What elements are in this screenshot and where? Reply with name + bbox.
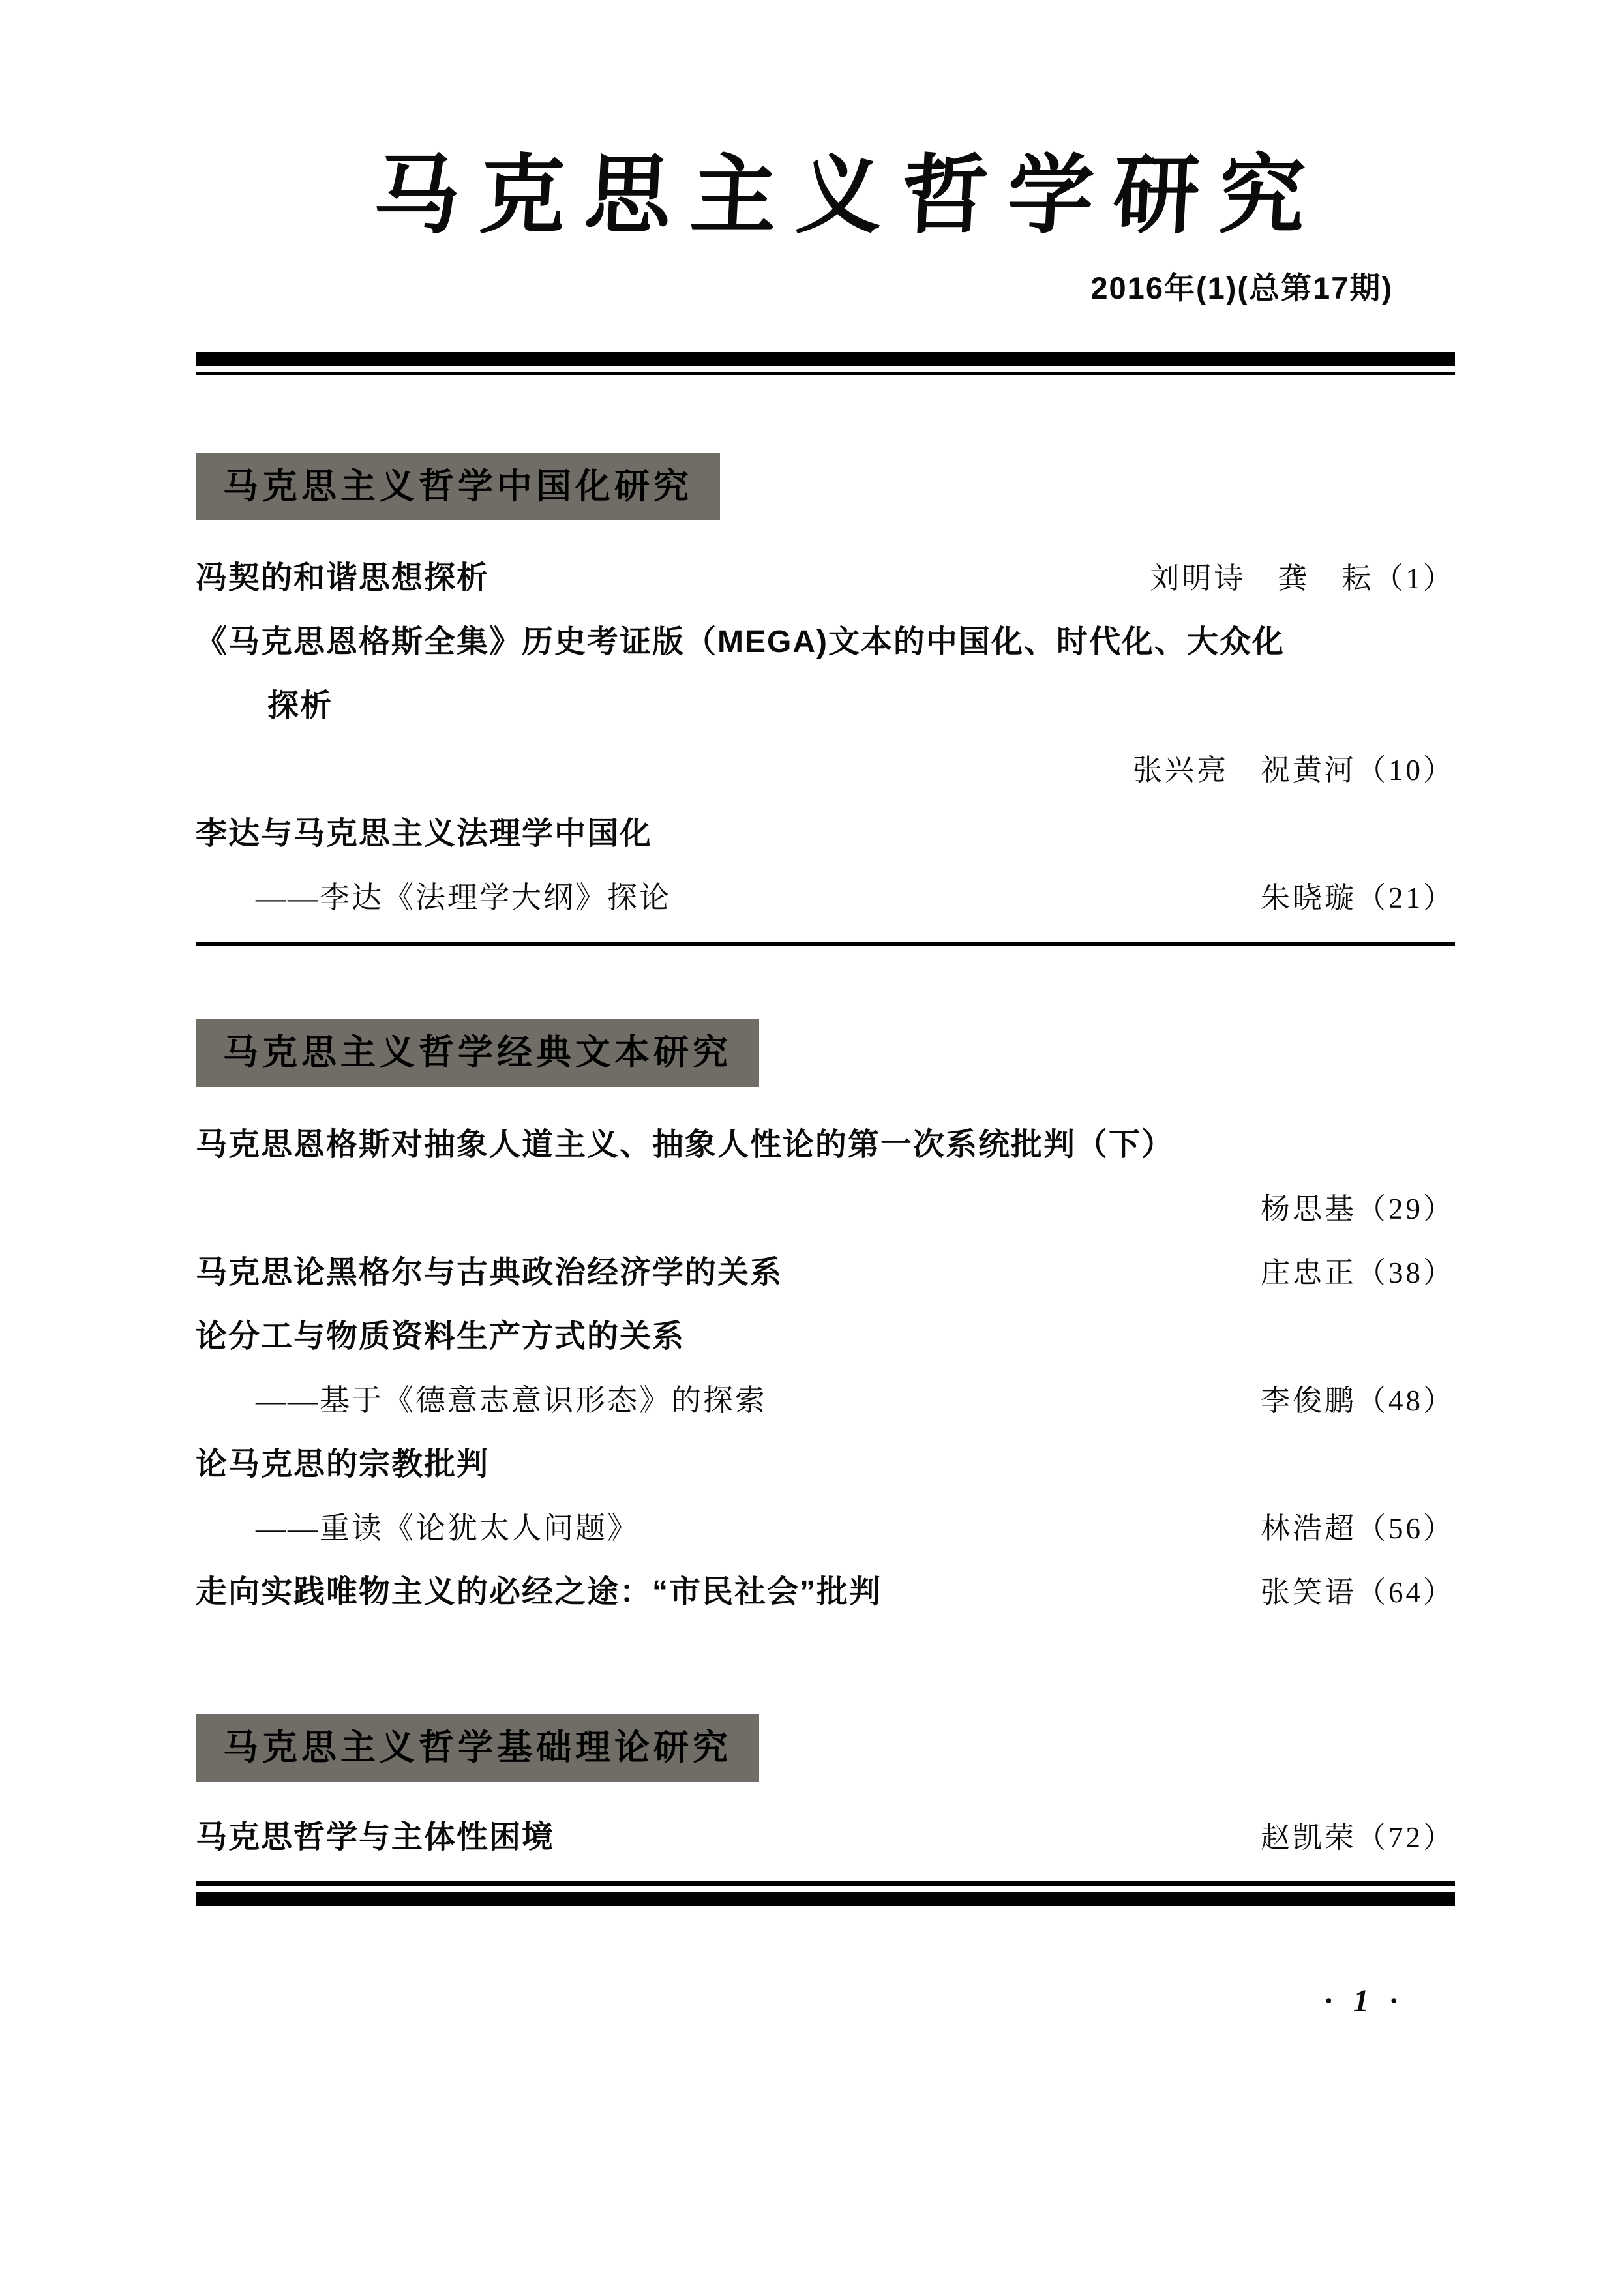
bottom-double-rule [196, 1881, 1455, 1906]
article-subtitle: ——重读《论犹太人问题》 [196, 1508, 639, 1549]
journal-toc-page: 马克思主义哲学研究 2016年(1)(总第17期) 马克思主义哲学中国化研究 冯… [0, 0, 1618, 2296]
toc-row: 走向实践唯物主义的必经之途：“市民社会”批判 张笑语（64） [196, 1572, 1455, 1613]
section-header: 马克思主义哲学经典文本研究 [196, 1019, 759, 1086]
article-authors-page: 庄忠正（38） [1235, 1253, 1455, 1293]
article-authors-page: 林浩超（56） [1235, 1508, 1455, 1549]
masthead: 马克思主义哲学研究 2016年(1)(总第17期) [196, 147, 1455, 308]
toc-row: 探析 [196, 686, 1455, 726]
toc-section-basic-theory: 马克思主义哲学基础理论研究 马克思哲学与主体性困境 赵凯荣（72） [196, 1636, 1455, 1858]
section-header: 马克思主义哲学中国化研究 [196, 453, 720, 520]
toc-row: 杨思基（29） [196, 1189, 1455, 1229]
article-authors-page: 刘明诗 龚 耘（1） [1124, 558, 1455, 599]
article-title: 马克思论黑格尔与古典政治经济学的关系 [196, 1253, 783, 1293]
article-subtitle: ——李达《法理学大纲》探论 [196, 878, 671, 918]
toc-row: 冯契的和谐思想探析 刘明诗 龚 耘（1） [196, 558, 1455, 599]
section-divider-rule [196, 942, 1455, 946]
toc-row: 马克思论黑格尔与古典政治经济学的关系 庄忠正（38） [196, 1253, 1455, 1293]
section-header: 马克思主义哲学基础理论研究 [196, 1714, 759, 1782]
toc-row: 张兴亮 祝黄河（10） [196, 750, 1455, 790]
section-rows: 马克思哲学与主体性困境 赵凯荣（72） [196, 1817, 1455, 1858]
article-title: 冯契的和谐思想探析 [196, 558, 489, 599]
toc-row: 李达与马克思主义法理学中国化 [196, 814, 1455, 854]
article-authors-page: 张兴亮 祝黄河（10） [1107, 750, 1455, 790]
toc-section-sinicization: 马克思主义哲学中国化研究 冯契的和谐思想探析 刘明诗 龚 耘（1） 《马克思恩格… [196, 375, 1455, 918]
journal-title: 马克思主义哲学研究 [193, 147, 1458, 246]
toc-row: 《马克思恩格斯全集》历史考证版（MEGA)文本的中国化、时代化、大众化 [196, 622, 1455, 663]
article-authors-page: 李俊鹏（48） [1235, 1380, 1455, 1421]
article-authors-page: 杨思基（29） [1235, 1189, 1455, 1229]
toc-row: ——重读《论犹太人问题》 林浩超（56） [196, 1508, 1455, 1549]
section-rows: 马克思恩格斯对抽象人道主义、抽象人性论的第一次系统批判（下） 杨思基（29） 马… [196, 1125, 1455, 1613]
toc-row: ——李达《法理学大纲》探论 朱晓璇（21） [196, 878, 1455, 918]
page-number: · 1 · [196, 1983, 1455, 2019]
article-authors-page: 张笑语（64） [1235, 1572, 1455, 1613]
article-title: 论马克思的宗教批判 [196, 1444, 489, 1485]
rule-thick-line [196, 1892, 1455, 1906]
journal-issue: 2016年(1)(总第17期) [196, 264, 1455, 308]
toc-row: 马克思恩格斯对抽象人道主义、抽象人性论的第一次系统批判（下） [196, 1125, 1455, 1165]
article-authors-page: 朱晓璇（21） [1235, 878, 1455, 918]
article-authors-page: 赵凯荣（72） [1235, 1817, 1455, 1858]
article-title: 走向实践唯物主义的必经之途：“市民社会”批判 [196, 1572, 882, 1613]
rule-thin-line [196, 1881, 1455, 1886]
article-title: 《马克思恩格斯全集》历史考证版（MEGA)文本的中国化、时代化、大众化 [196, 622, 1285, 663]
toc-row: ——基于《德意志意识形态》的探索 李俊鹏（48） [196, 1380, 1455, 1421]
article-title-continuation: 探析 [196, 686, 333, 726]
toc-row: 马克思哲学与主体性困境 赵凯荣（72） [196, 1817, 1455, 1858]
article-title: 马克思哲学与主体性困境 [196, 1817, 554, 1858]
article-title: 马克思恩格斯对抽象人道主义、抽象人性论的第一次系统批判（下） [196, 1125, 1174, 1165]
top-double-rule [196, 352, 1455, 375]
rule-thick-line [196, 352, 1455, 366]
toc-row: 论分工与物质资料生产方式的关系 [196, 1317, 1455, 1357]
article-title: 李达与马克思主义法理学中国化 [196, 814, 652, 854]
article-subtitle: ——基于《德意志意识形态》的探索 [196, 1380, 767, 1421]
article-title: 论分工与物质资料生产方式的关系 [196, 1317, 685, 1357]
section-rows: 冯契的和谐思想探析 刘明诗 龚 耘（1） 《马克思恩格斯全集》历史考证版（MEG… [196, 558, 1455, 918]
toc-section-classic-texts: 马克思主义哲学经典文本研究 马克思恩格斯对抽象人道主义、抽象人性论的第一次系统批… [196, 946, 1455, 1612]
toc-row: 论马克思的宗教批判 [196, 1444, 1455, 1485]
